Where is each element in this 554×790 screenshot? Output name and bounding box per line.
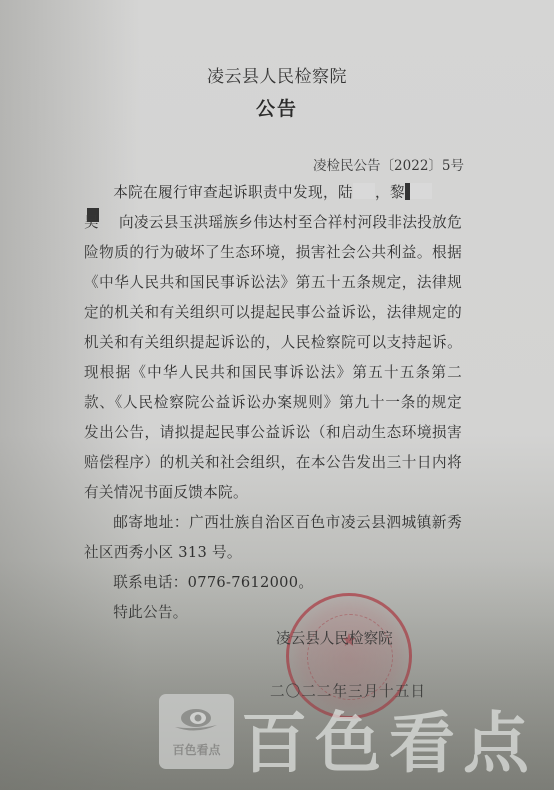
surname-wu: 吴 — [84, 214, 99, 231]
eye-logo-icon — [173, 705, 219, 735]
redacted-name — [410, 183, 432, 199]
watermark-logo-text: 百色看点 — [159, 741, 234, 758]
organization-header: 凌云县人民检察院 — [0, 62, 554, 87]
watermark-logo: 百色看点 — [159, 694, 234, 769]
document-number: 凌检民公告〔2022〕5号 — [313, 154, 464, 174]
signature-organization: 凌云县人民检察院 — [276, 627, 393, 648]
name-separator: ，黎 — [375, 184, 405, 201]
paragraph-closing: 特此公告。 — [84, 598, 462, 628]
document-body: 本院在履行审查起诉职责中发现，陆，黎吴向凌云县玉洪瑶族乡伟达村至合祥村河段非法投… — [84, 178, 462, 628]
paragraph-phone: 联系电话：0776-7612000。 — [84, 568, 462, 598]
redacted-name — [353, 183, 375, 199]
document-photo: 凌云县人民检察院 公告 凌检民公告〔2022〕5号 本院在履行审查起诉职责中发现… — [0, 0, 554, 790]
document-title: 公告 — [0, 94, 554, 121]
findings-intro: 本院在履行审查起诉职责中发现，陆 — [113, 184, 353, 201]
paragraph-findings: 本院在履行审查起诉职责中发现，陆，黎吴向凌云县玉洪瑶族乡伟达村至合祥村河段非法投… — [84, 178, 462, 508]
paragraph-address: 邮寄地址：广西壮族自治区百色市凌云县泗城镇新秀社区西秀小区 313 号。 — [84, 508, 462, 568]
findings-text: 向凌云县玉洪瑶族乡伟达村至合祥村河段非法投放危险物质的行为破坏了生态环境，损害社… — [84, 214, 462, 501]
watermark-text: 百色看点 — [241, 690, 537, 785]
watermark: 百色看点 百色看点 — [159, 694, 553, 776]
